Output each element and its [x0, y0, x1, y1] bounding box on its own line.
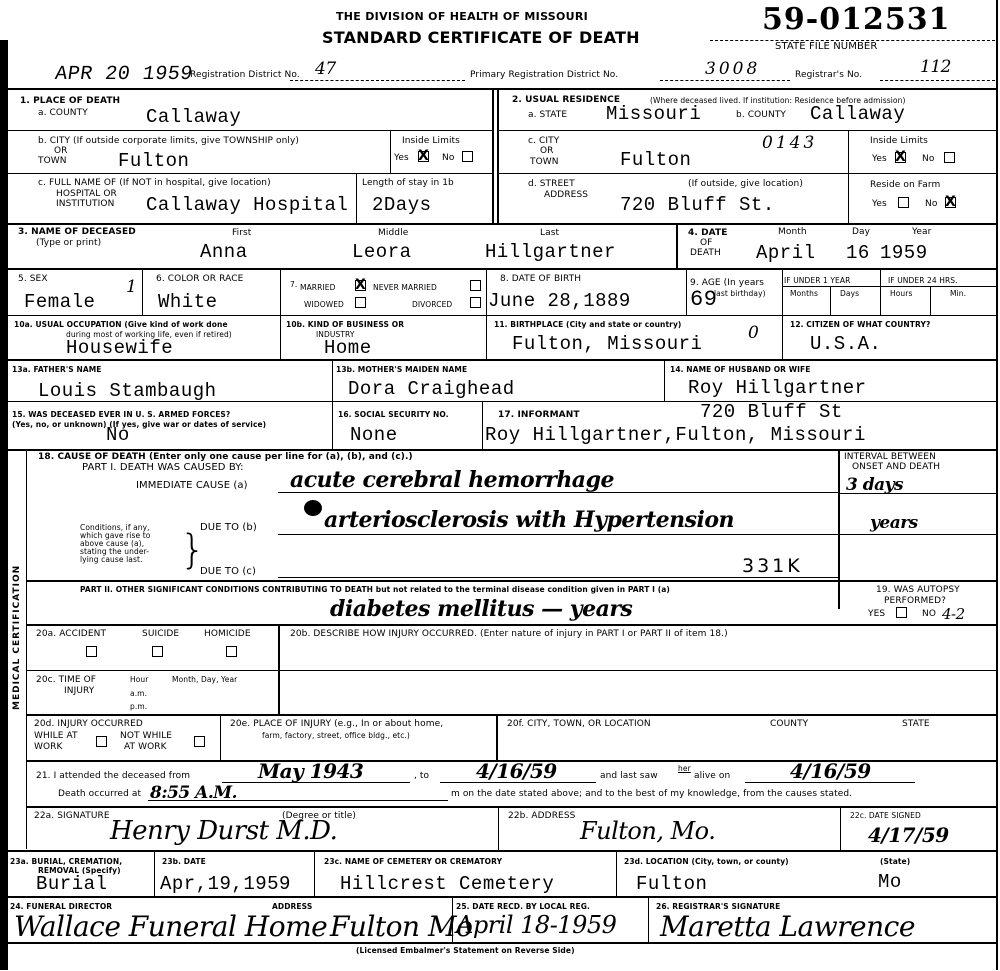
- divider: [616, 850, 617, 896]
- autopsy-no-label: NO: [922, 609, 936, 619]
- burial-location: Fulton: [636, 874, 707, 894]
- inside-limits-no-checkbox[interactable]: [462, 151, 473, 162]
- dotted-line: [290, 80, 465, 81]
- frame-line: [8, 88, 998, 90]
- divider: [848, 130, 849, 223]
- row-line: [26, 670, 998, 671]
- informant-label: 17. INFORMANT: [498, 410, 580, 420]
- time-of-injury-label-2: INJURY: [64, 686, 94, 696]
- birthplace-code: 0: [748, 322, 758, 344]
- to-label: , to: [414, 771, 429, 781]
- hospital-label: c. FULL NAME OF (If NOT in hospital, giv…: [38, 178, 271, 188]
- row-line: [8, 401, 998, 402]
- marital-label: 7.: [290, 280, 297, 289]
- res-city: Fulton: [620, 150, 691, 170]
- divider: [390, 130, 391, 173]
- death-time: 8:55 A.M.: [150, 782, 237, 804]
- no-label: No: [442, 153, 454, 163]
- middle-name: Leora: [352, 242, 412, 262]
- hours-label: Hours: [890, 289, 912, 298]
- row-line: [8, 223, 998, 225]
- days-label: Days: [840, 289, 859, 298]
- death-occurred-suffix: m on the date stated above; and to the b…: [451, 789, 852, 799]
- birthplace: Fulton, Missouri: [512, 334, 702, 354]
- race-label: 6. COLOR OR RACE: [156, 274, 243, 284]
- min-label: Min.: [950, 289, 966, 298]
- registrars-no-label: Registrar's No.: [795, 70, 862, 80]
- physician-signature: Henry Durst M.D.: [110, 820, 337, 842]
- divider: [280, 268, 281, 315]
- widowed-checkbox[interactable]: [355, 297, 366, 308]
- res-state-label: a. STATE: [528, 110, 567, 120]
- yes-label: Yes: [394, 153, 409, 163]
- agency-title: THE DIVISION OF HEALTH OF MISSOURI: [336, 10, 588, 23]
- divider: [496, 714, 498, 760]
- interval-label-2: ONSET AND DEATH: [852, 462, 940, 472]
- armed-forces-label: 15. WAS DECEASED EVER IN U. S. ARMED FOR…: [12, 410, 230, 419]
- row-line: [8, 942, 998, 944]
- registration-district-value: 47: [315, 58, 336, 80]
- part1-label: PART I. DEATH WAS CAUSED BY:: [82, 463, 244, 473]
- day-label: Day: [852, 227, 870, 237]
- mother-name: Dora Craighead: [348, 379, 515, 399]
- suicide-label: SUICIDE: [142, 629, 179, 639]
- autopsy-label-2: PERFORMED?: [884, 596, 946, 606]
- divider: [648, 896, 649, 942]
- months-label: Months: [790, 289, 818, 298]
- month-label: Month: [778, 227, 807, 237]
- yes-label: Yes: [872, 199, 887, 209]
- brace-icon: }: [180, 530, 205, 570]
- burial-location-label: 23d. LOCATION (City, town, or county): [624, 857, 789, 866]
- attended-to: 4/16/59: [476, 760, 557, 782]
- res-inside-limits-yes-checkbox[interactable]: [895, 152, 906, 163]
- last-label: Last: [540, 228, 559, 238]
- divider: [492, 88, 494, 223]
- divider: [332, 359, 333, 449]
- farm-yes-checkbox[interactable]: [898, 197, 909, 208]
- row-line: [838, 493, 998, 494]
- disposition-label: 23a. BURIAL, CREMATION,: [10, 857, 122, 866]
- reside-on-farm-label: Reside on Farm: [870, 180, 940, 190]
- injury-city-label: 20f. CITY, TOWN, OR LOCATION: [507, 719, 651, 729]
- signature-label: 22a. SIGNATURE: [34, 811, 110, 821]
- burial-state: Mo: [878, 872, 902, 892]
- industry-label: 10b. KIND OF BUSINESS OR: [286, 320, 404, 329]
- hospital-label-3: INSTITUTION: [56, 199, 114, 209]
- ssn: None: [350, 425, 398, 445]
- medical-certification-label: MEDICAL CERTIFICATION: [12, 565, 22, 710]
- death-occurred-label: Death occurred at: [58, 789, 141, 799]
- citizen: U.S.A.: [810, 334, 881, 354]
- length-of-stay-label: Length of stay in 1b: [362, 178, 454, 188]
- row-line: [8, 896, 998, 898]
- informant-address: 720 Bluff St: [700, 402, 843, 422]
- suicide-checkbox[interactable]: [152, 646, 163, 657]
- month-day-year-label: Month, Day, Year: [172, 675, 237, 684]
- row-line: [8, 850, 998, 852]
- divider: [142, 268, 143, 315]
- divider: [497, 88, 499, 223]
- burial-state-label: (State): [880, 857, 910, 866]
- state-file-number: 59-012531: [762, 2, 950, 37]
- burial-date-label: 23b. DATE: [162, 857, 206, 866]
- father-name: Louis Stambaugh: [38, 381, 217, 401]
- am-label: a.m.: [130, 689, 147, 698]
- scan-border: [0, 40, 8, 970]
- hospital-label-2: HOSPITAL OR: [56, 189, 117, 199]
- row-line: [26, 714, 998, 716]
- registrars-no-value: 112: [920, 56, 951, 78]
- divider: [482, 401, 483, 449]
- ssn-label: 16. SOCIAL SECURITY NO.: [338, 410, 449, 419]
- dob-label: 8. DATE OF BIRTH: [500, 274, 581, 284]
- res-county: Callaway: [810, 104, 905, 124]
- divider: [840, 806, 841, 850]
- date-signed: 4/17/59: [868, 824, 949, 846]
- row-line: [782, 286, 997, 287]
- row-line: [8, 449, 998, 451]
- immediate-cause: acute cerebral hemorrhage: [290, 469, 614, 491]
- year-label: Year: [912, 227, 931, 237]
- alive-on-label: alive on: [694, 771, 730, 781]
- immediate-cause-label: IMMEDIATE CAUSE (a): [136, 481, 248, 491]
- mother-label: 13b. MOTHER'S MAIDEN NAME: [336, 365, 467, 374]
- res-inside-limits-no-checkbox[interactable]: [944, 152, 955, 163]
- due-to-c-label: DUE TO (c): [200, 567, 256, 577]
- injury-occurred-label: 20d. INJURY OCCURRED: [34, 719, 143, 729]
- yes-label: Yes: [872, 154, 887, 164]
- date-signed-label: 22c. DATE SIGNED: [850, 811, 921, 820]
- divider: [486, 268, 487, 315]
- res-street: 720 Bluff St.: [620, 195, 775, 215]
- under-1yr-label: IF UNDER 1 YEAR: [784, 276, 850, 285]
- father-label: 13a. FATHER'S NAME: [12, 365, 102, 374]
- no-label: No: [925, 199, 937, 209]
- frame-right: [996, 0, 998, 970]
- first-label: First: [232, 228, 251, 238]
- physician-address: Fulton, Mo.: [580, 820, 715, 842]
- funeral-director: Wallace Funeral Home: [14, 912, 327, 942]
- never-married-label: NEVER MARRIED: [373, 283, 437, 292]
- row-line: [8, 268, 998, 270]
- attended-label: 21. I attended the deceased from: [36, 771, 190, 781]
- street-note: (If outside, give location): [688, 179, 803, 189]
- row-line: [8, 315, 998, 316]
- dotted-line: [880, 80, 995, 81]
- row-line: [838, 534, 998, 535]
- divider: [830, 286, 831, 315]
- sex-label: 5. SEX: [18, 274, 48, 284]
- death-month: April: [756, 243, 816, 263]
- armed-forces-label-2: (Yes, no, or unknown) (If yes, give war …: [12, 420, 266, 429]
- due-to-b: arteriosclerosis with Hypertension: [324, 509, 734, 531]
- divorced-checkbox[interactable]: [470, 297, 481, 308]
- death-day: 16: [846, 243, 870, 263]
- ink-blot: [304, 500, 322, 516]
- divider: [930, 286, 931, 315]
- cause-line: [278, 534, 838, 535]
- last-saw-date: 4/16/59: [790, 760, 871, 782]
- row-line: [8, 359, 998, 361]
- row-line: [26, 806, 998, 808]
- row-line: [26, 580, 998, 582]
- armed-forces: No: [106, 425, 130, 445]
- divorced-label: DIVORCED: [412, 300, 452, 309]
- usual-residence-label: 2. USUAL RESIDENCE: [512, 95, 620, 105]
- due-to-b-interval: years: [870, 512, 918, 534]
- race: White: [158, 292, 218, 312]
- res-city-label: c. CITY: [528, 136, 559, 146]
- not-while-at-work-checkbox[interactable]: [194, 736, 205, 747]
- inside-limits-label: Inside Limits: [402, 136, 460, 146]
- death-year: 1959: [880, 243, 928, 263]
- attended-from: May 1943: [258, 760, 363, 782]
- divider: [280, 315, 281, 359]
- row-line: [26, 624, 998, 626]
- conditions-note: Conditions, if any, which gave rise to a…: [80, 524, 150, 564]
- res-state: Missouri: [606, 104, 701, 124]
- no-label: No: [922, 154, 934, 164]
- birthplace-label: 11. BIRTHPLACE (City and state or countr…: [494, 320, 681, 329]
- divider: [220, 714, 221, 760]
- last-name: Hillgartner: [485, 242, 616, 262]
- divider: [154, 850, 155, 896]
- divider: [676, 223, 678, 268]
- divider: [486, 315, 487, 359]
- injury-state-label: STATE: [902, 719, 930, 729]
- date-of-death-label-3: DEATH: [690, 248, 721, 258]
- state-file-number-label: STATE FILE NUMBER: [775, 42, 877, 52]
- married-checkbox[interactable]: [355, 280, 366, 291]
- middle-label: Middle: [378, 228, 408, 238]
- accident-label: 20a. ACCIDENT: [36, 629, 106, 639]
- while-at-work-label-2: WORK: [34, 742, 63, 752]
- date-of-birth: June 28,1889: [488, 291, 631, 311]
- autopsy-yes-label: YES: [868, 609, 885, 619]
- occupation-label: 10a. USUAL OCCUPATION (Give kind of work…: [14, 320, 228, 329]
- place-of-injury-label-2: farm, factory, street, office bldg., etc…: [262, 731, 410, 740]
- first-name: Anna: [200, 242, 248, 262]
- dotted-line: [660, 80, 790, 81]
- hour-label: Hour: [130, 675, 148, 684]
- primary-district-value: 3008: [705, 58, 760, 80]
- occupation: Housewife: [66, 338, 173, 358]
- death-city: Fulton: [118, 151, 189, 171]
- divider: [452, 896, 453, 942]
- medical-divider: [26, 449, 27, 849]
- registrar-signature: Maretta Lawrence: [660, 912, 915, 942]
- res-city-town: TOWN: [530, 157, 559, 167]
- city-town-label: TOWN: [38, 156, 67, 166]
- describe-injury-label: 20b. DESCRIBE HOW INJURY OCCURRED. (Ente…: [290, 629, 728, 639]
- married-label: MARRIED: [300, 283, 335, 292]
- part2-label: PART II. OTHER SIGNIFICANT CONDITIONS CO…: [80, 585, 670, 594]
- autopsy-yes-checkbox[interactable]: [896, 607, 907, 618]
- place-of-death-label: 1. PLACE OF DEATH: [20, 96, 120, 106]
- row-line: [8, 130, 492, 131]
- widowed-label: WIDOWED: [304, 300, 344, 309]
- homicide-label: HOMICIDE: [204, 629, 251, 639]
- while-at-work-label: WHILE AT: [34, 731, 78, 741]
- street-label-2: ADDRESS: [544, 190, 588, 200]
- industry: Home: [324, 338, 372, 358]
- registration-district-label: Registration District No.: [190, 70, 300, 80]
- date-of-death-label-2: OF: [700, 238, 712, 248]
- res-city-or: OR: [540, 146, 554, 156]
- cemetery: Hillcrest Cemetery: [340, 874, 554, 894]
- citizen-label: 12. CITIZEN OF WHAT COUNTRY?: [790, 320, 930, 329]
- cemetery-label: 23c. NAME OF CEMETERY OR CREMATORY: [324, 857, 502, 866]
- autopsy-label: 19. WAS AUTOPSY: [876, 585, 960, 595]
- death-county: Callaway: [146, 107, 241, 127]
- county-label: a. COUNTY: [38, 108, 88, 118]
- primary-district-label: Primary Registration District No.: [470, 70, 618, 80]
- row-line: [497, 130, 997, 131]
- interval-label: INTERVAL BETWEEN: [844, 452, 936, 462]
- divider: [664, 359, 665, 401]
- date-of-death-label: 4. DATE: [688, 228, 728, 238]
- cause-of-death-label: 18. CAUSE OF DEATH (Enter only one cause…: [38, 452, 413, 462]
- spouse-name: Roy Hillgartner: [688, 378, 867, 398]
- autopsy-code: 4-2: [942, 603, 965, 625]
- disposition: Burial: [36, 874, 107, 894]
- part2-conditions: diabetes mellitus — years: [330, 598, 632, 620]
- divider: [838, 449, 840, 609]
- city-label: b. CITY (If outside corporate limits, gi…: [38, 136, 299, 146]
- time-of-injury-label: 20c. TIME OF: [36, 675, 96, 685]
- pm-label: p.m.: [130, 702, 147, 711]
- divider: [782, 315, 783, 359]
- while-at-work-checkbox[interactable]: [96, 736, 107, 747]
- city-or-label: OR: [54, 146, 68, 156]
- due-to-c: 331K: [742, 556, 803, 576]
- divider: [314, 850, 315, 896]
- received-stamp: APR 20 1959: [54, 65, 194, 85]
- last-saw-label: and last saw: [600, 771, 658, 781]
- street-label: d. STREET: [528, 179, 575, 189]
- injury-county-label: COUNTY: [770, 719, 808, 729]
- res-city-code: 0143: [762, 132, 817, 154]
- sex: Female: [24, 292, 95, 312]
- age-label-2: last birthday): [714, 289, 766, 298]
- embalmer-note: (Licensed Embalmer's Statement on Revers…: [356, 946, 575, 955]
- hospital-name: Callaway Hospital: [146, 195, 348, 215]
- last-saw-pronoun: her: [678, 764, 691, 773]
- name-label: 3. NAME OF DECEASED: [18, 227, 136, 237]
- never-married-checkbox[interactable]: [470, 280, 481, 291]
- not-while-label: NOT WHILE: [120, 731, 172, 741]
- conditions-note-line: lying cause last.: [80, 556, 150, 564]
- row-line: [497, 173, 997, 174]
- divider: [498, 806, 499, 850]
- due-to-b-label: DUE TO (b): [200, 523, 257, 533]
- row-line: [8, 173, 492, 174]
- accident-checkbox[interactable]: [86, 646, 97, 657]
- date-recd-label: 25. DATE RECD. BY LOCAL REG.: [456, 902, 590, 911]
- date-recd: April 18-1959: [456, 914, 616, 936]
- divider: [880, 268, 881, 315]
- certificate-title: STANDARD CERTIFICATE OF DEATH: [322, 28, 640, 47]
- physician-address-label: 22b. ADDRESS: [508, 811, 575, 821]
- farm-no-checkbox[interactable]: [945, 197, 956, 208]
- cause-line: [278, 577, 838, 578]
- sex-code: 1: [126, 276, 136, 298]
- homicide-checkbox[interactable]: [226, 646, 237, 657]
- place-of-injury-label: 20e. PLACE OF INJURY (e.g., In or about …: [230, 719, 443, 729]
- divider: [278, 624, 280, 714]
- inside-limits-yes-checkbox[interactable]: [418, 151, 429, 162]
- res-inside-limits-label: Inside Limits: [870, 136, 928, 146]
- divider: [782, 268, 783, 315]
- divider: [356, 173, 357, 223]
- name-note: (Type or print): [36, 238, 101, 248]
- not-while-label-2: AT WORK: [124, 742, 167, 752]
- under-24hr-label: IF UNDER 24 HRS.: [888, 276, 958, 285]
- burial-date: Apr,19,1959: [160, 874, 291, 894]
- spouse-label: 14. NAME OF HUSBAND OR WIFE: [670, 365, 810, 374]
- res-county-label: b. COUNTY: [736, 110, 786, 120]
- divider: [686, 268, 687, 315]
- length-of-stay: 2Days: [372, 195, 432, 215]
- informant: Roy Hillgartner,Fulton, Missouri: [485, 425, 866, 445]
